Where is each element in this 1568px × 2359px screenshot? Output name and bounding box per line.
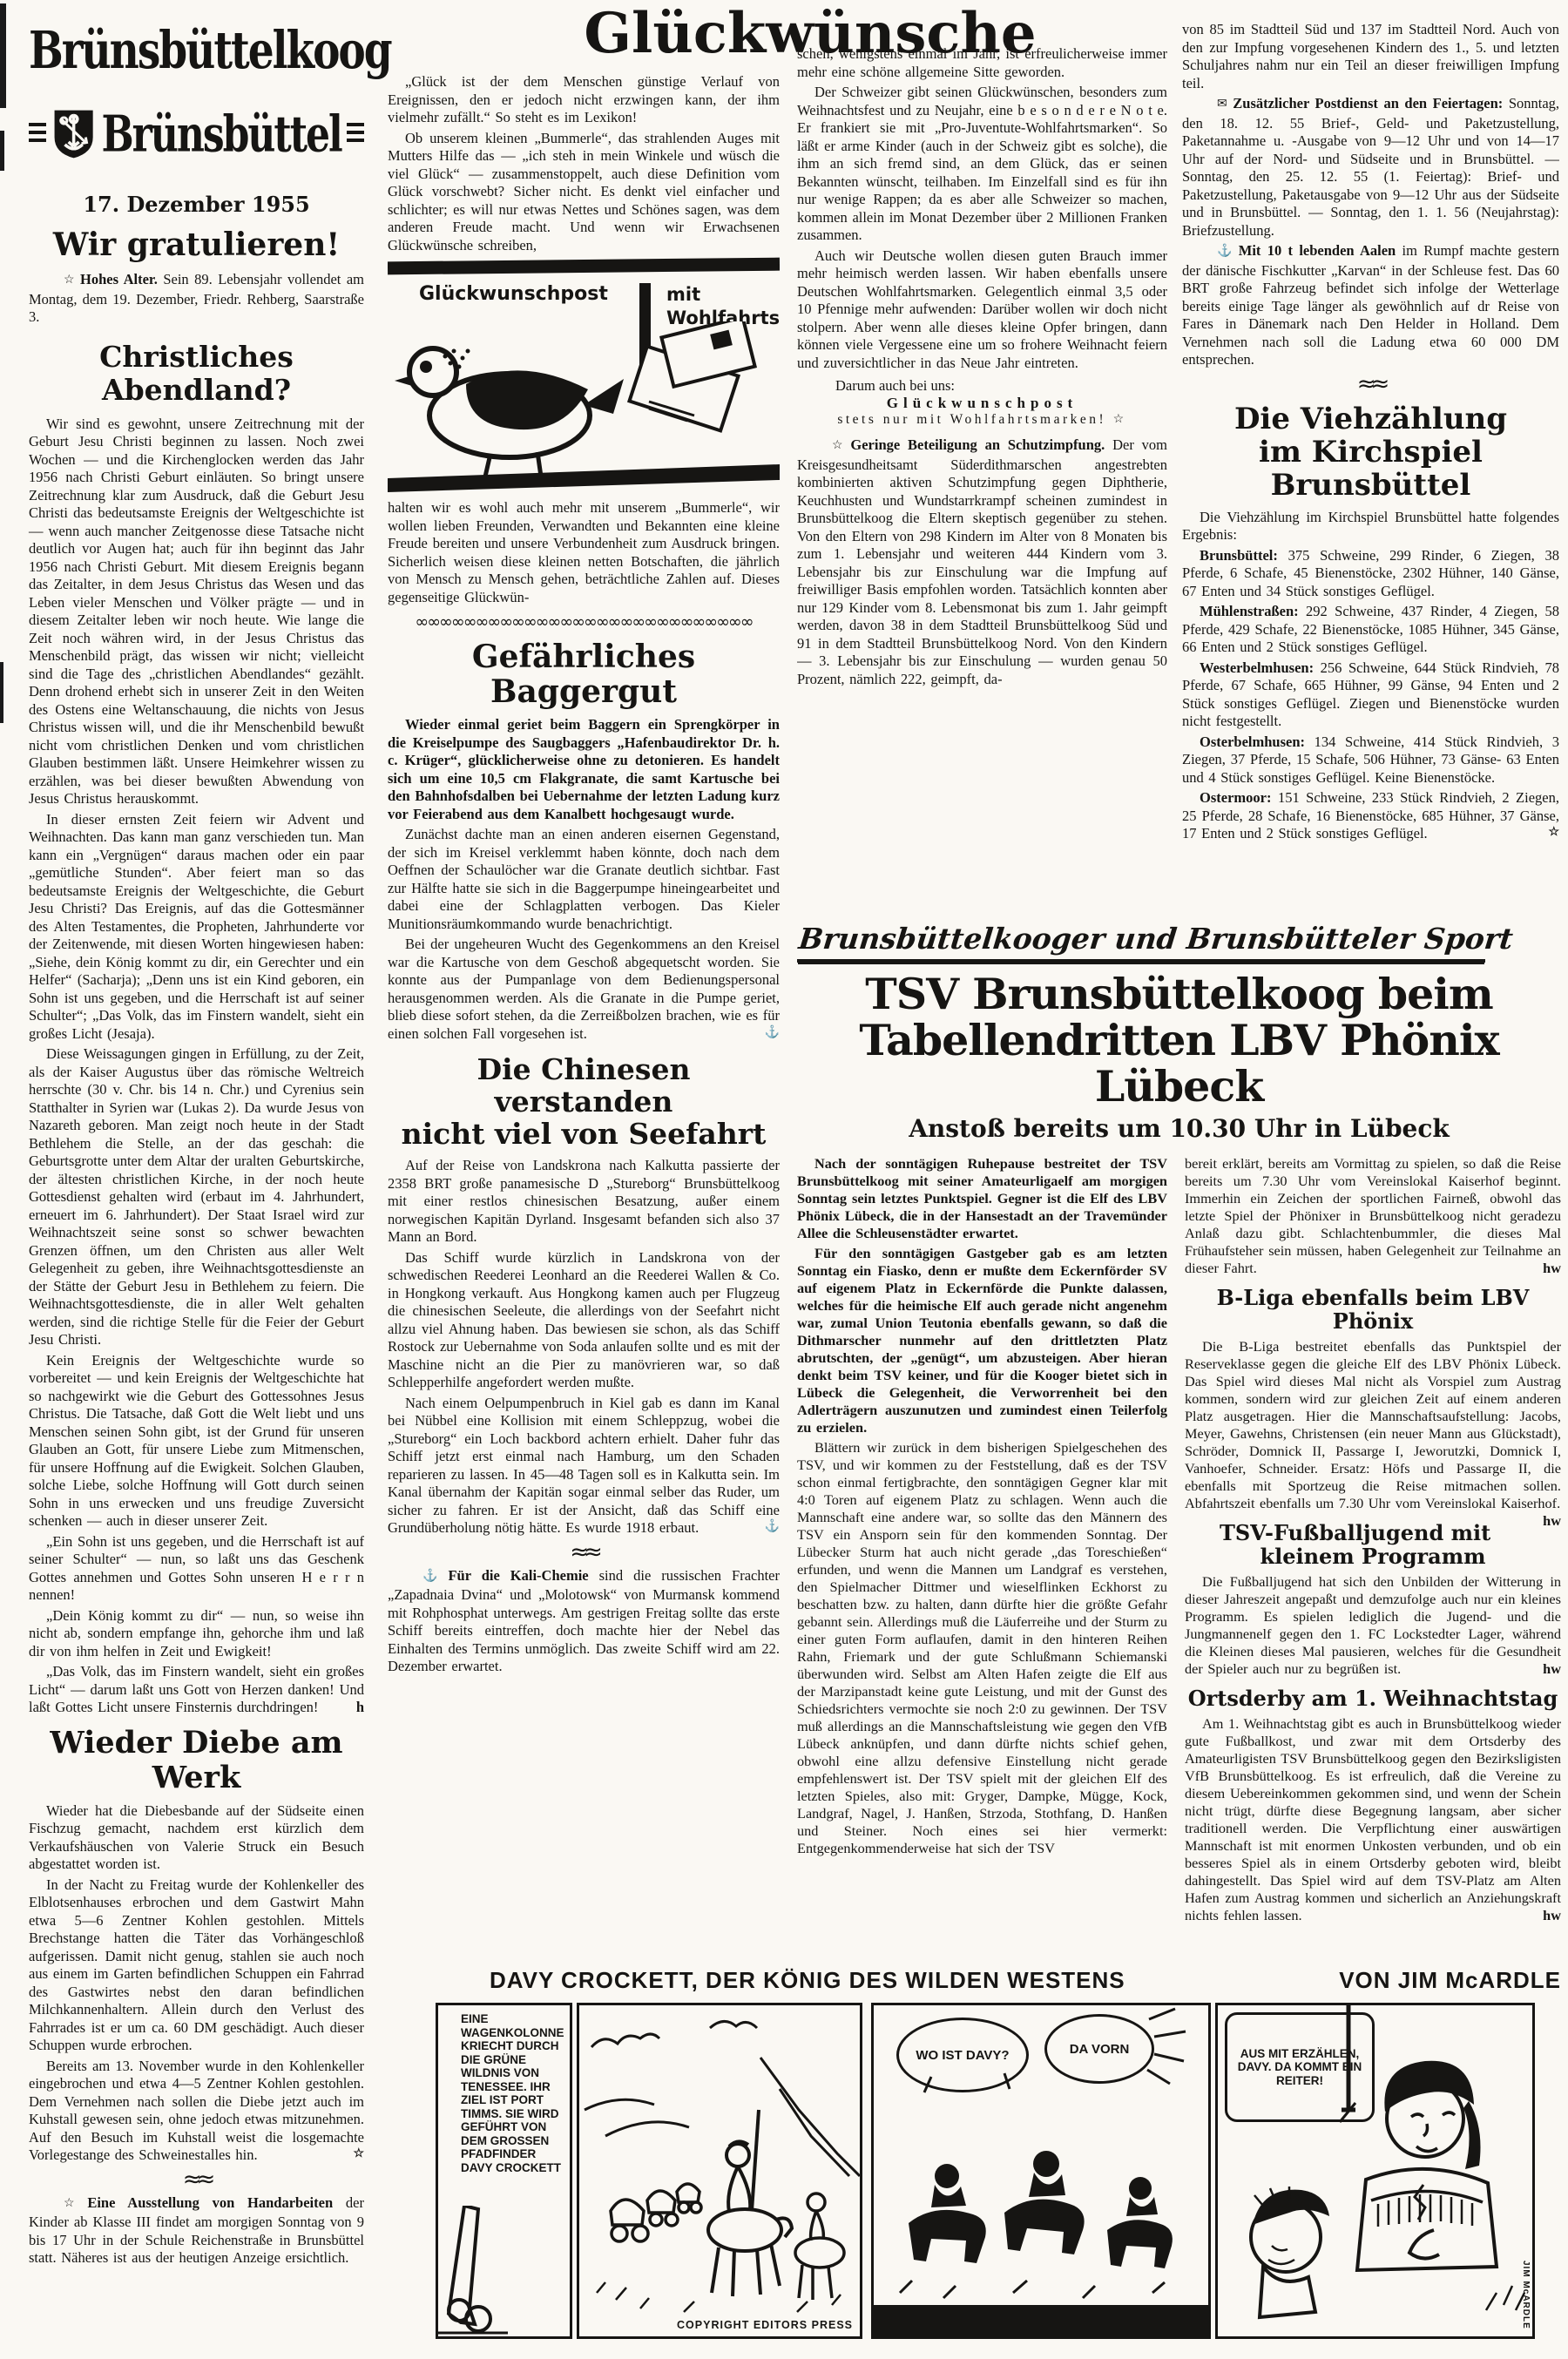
riders-art: [874, 2005, 1208, 2336]
article-paragraph: Bei der ungeheuren Wucht des Gegenkommen…: [388, 936, 780, 1043]
comic-panel-3: WO IST DAVY? DA VORN: [871, 2003, 1211, 2339]
column-2: „Glück ist der dem Menschen günstige Ver…: [388, 73, 780, 1955]
article-paragraph: Bereits am 13. November wurde in den Koh…: [29, 2058, 364, 2165]
headline-viehzaehlung: Die Viehzählung im Kirchspiel Brunsbütte…: [1182, 402, 1559, 502]
slogan-text: stets nur mit Wohlfahrtsmarken!: [837, 412, 1106, 427]
article-paragraph: Zunächst dachte man an einen anderen eis…: [388, 826, 780, 933]
comic-copyright: COPYRIGHT EDITORS PRESS: [677, 2319, 853, 2331]
article-paragraph: „Ein Sohn ist uns gegeben, und die Herrs…: [29, 1533, 364, 1605]
anchor-icon: ⚓: [1200, 243, 1232, 261]
sport-column-left: Nach der sonntägigen Ruhepause bestreite…: [797, 1155, 1167, 1927]
wave-separator: ≈≈: [1182, 373, 1559, 395]
comic-byline: VON JIM McARDLE: [1339, 1967, 1561, 1994]
sport-section-header: Brunsbüttelkooger und Brunsbütteler Spor…: [795, 922, 1524, 957]
star-icon: ☆: [46, 2195, 75, 2214]
article-paragraph: schen, wenigstens einmal im Jahr, ist er…: [797, 45, 1167, 81]
wave-separator: ≈≈: [388, 1541, 780, 1564]
scan-artifact: [0, 3, 6, 108]
rope-separator: ∞∞∞∞∞∞∞∞∞∞∞∞∞∞∞∞∞∞∞∞∞∞∞∞∞∞∞∞: [388, 613, 780, 631]
author-initials: hw: [1525, 1907, 1561, 1924]
article-paragraph: Das Schiff wurde kürzlich in Landskrona …: [388, 1249, 780, 1392]
article-paragraph: Wieder hat die Diebesbande auf der Südse…: [29, 1802, 364, 1874]
carrier-pigeon-icon: [388, 321, 780, 492]
census-entry: Ostermoor: 151 Schweine, 233 Stück Rindv…: [1182, 789, 1559, 843]
item-text: Sein 89. Lebensjahr vollendet am Montag,…: [29, 271, 364, 325]
news-item-aale: ⚓ Mit 10 t lebenden Aalen im Rumpf macht…: [1182, 242, 1559, 369]
masthead-title-line2: Brünsbüttel: [101, 105, 341, 163]
article-paragraph: Der Schweizer gibt seinen Glückwünschen,…: [797, 84, 1167, 245]
glueckwunschpost-illustration: Glückwunschpost mit Wohlfahrts- Marken: [388, 260, 780, 492]
article-paragraph: Kein Ereignis der Weltgeschichte wurde s…: [29, 1352, 364, 1531]
article-paragraph: „Dein König kommt zu dir“ — nun, so weis…: [29, 1607, 364, 1661]
paragraph-text: Am 1. Weihnachtstag gibt es auch in Brun…: [1185, 1715, 1561, 1923]
article-paragraph: Wir sind es gewohnt, unsere Zeitrechnung…: [29, 416, 364, 808]
illustration-label-left: Glückwunschpost: [388, 283, 624, 305]
dateline: 17. Dezember 1955: [29, 192, 364, 217]
comic-title: DAVY CROCKETT, DER KÖNIG DES WILDEN WEST…: [490, 1967, 1125, 1994]
paragraph-text: Die B-Liga bestreitet ebenfalls das Punk…: [1185, 1338, 1561, 1511]
masthead-crest-icon: [51, 91, 96, 178]
subhead-b-liga: B-Liga ebenfalls beim LBV Phönix: [1185, 1286, 1561, 1333]
news-item-hohes-alter: ☆ Hohes Alter. Sein 89. Lebensjahr volle…: [29, 271, 364, 327]
masthead: Brünsbüttelkoog Brünsbüttel 17. Dezember…: [29, 24, 364, 217]
headline-line: Die Chinesen verstanden: [477, 1052, 691, 1119]
paragraph-text: Bereits am 13. November wurde in den Koh…: [29, 2058, 364, 2164]
item-text: im Rumpf machte gestern der dänische Fis…: [1182, 242, 1559, 368]
census-entry: Westerbelmhusen: 256 Schweine, 644 Stück…: [1182, 659, 1559, 731]
headline-wir-gratulieren: Wir gratulieren!: [29, 227, 364, 262]
item-text: Der vom Kreisgesundheitsamt Süderdithmar…: [797, 436, 1167, 687]
headline-wieder-diebe: Wieder Diebe am Werk: [29, 1726, 364, 1795]
article-paragraph: „Das Volk, das im Finstern wandelt, sieh…: [29, 1663, 364, 1717]
comic-strip: DAVY CROCKETT, DER KÖNIG DES WILDEN WEST…: [383, 1967, 1561, 2349]
author-initials: hw: [1525, 1512, 1561, 1530]
sport-rule: [797, 959, 1485, 963]
star-icon: ☆: [814, 437, 843, 456]
comic-panel-2: COPYRIGHT EDITORS PRESS: [577, 2003, 862, 2339]
illustration-top-bar: [388, 258, 780, 275]
article-paragraph: von 85 im Stadtteil Süd und 137 im Stadt…: [1182, 21, 1559, 92]
rifle-icon: [438, 2206, 570, 2336]
article-paragraph: Ob unserem kleinen „Bummerle“, das strah…: [388, 130, 780, 255]
headline-christliches-abendland: Christliches Abendland?: [29, 341, 364, 407]
item-lead: Zusätzlicher Postdienst an den Feiertage…: [1233, 95, 1503, 112]
news-item-postdienst: ✉ Zusätzlicher Postdienst an den Feierta…: [1182, 95, 1559, 240]
item-lead: Eine Ausstellung von Handarbeiten: [87, 2194, 333, 2211]
headline-line: TSV Brunsbüttelkoog beim: [865, 969, 1492, 1019]
column-4: von 85 im Stadtteil Süd und 137 im Stadt…: [1182, 21, 1559, 918]
news-item-ausstellung: ☆ Eine Ausstellung von Handarbeiten der …: [29, 2194, 364, 2268]
comic-narration: Eine Wagenkolonne kriecht durch die grün…: [438, 2005, 570, 2174]
paragraph-text: Die Fußballjugend hat sich den Unbilden …: [1185, 1573, 1561, 1677]
author-initials: hw: [1543, 1260, 1561, 1277]
anchor-ornament-icon: ⚓: [747, 1518, 780, 1537]
flourish-icon: [29, 123, 46, 145]
star-icon: ☆: [1531, 824, 1559, 842]
item-lead: Hohes Alter.: [80, 271, 158, 287]
star-icon: ☆: [46, 272, 75, 290]
scan-artifact: [0, 131, 4, 171]
headline-line: Die Viehzählung: [1234, 402, 1507, 436]
article-paragraph: Die Viehzählung im Kirchspiel Brunsbütte…: [1182, 509, 1559, 544]
anchor-ornament-icon: ⚓: [747, 1024, 780, 1043]
headline-chinesen: Die Chinesen verstanden nicht viel von S…: [388, 1053, 780, 1150]
paragraph-text: bereit erklärt, bereits am Vormittag zu …: [1185, 1155, 1561, 1276]
place-name: Mühlenstraßen:: [1200, 603, 1299, 619]
sport-paragraph: Die B-Liga bestreitet ebenfalls das Punk…: [1185, 1338, 1561, 1512]
sport-paragraph: bereit erklärt, bereits am Vormittag zu …: [1185, 1155, 1561, 1277]
item-lead: Für die Kali-Chemie: [448, 1567, 588, 1584]
anchor-icon: ⚓: [405, 1568, 437, 1586]
slogan-line: stets nur mit Wohlfahrtsmarken! ☆: [797, 412, 1167, 428]
author-initial: h: [339, 1699, 364, 1717]
article-paragraph: Diese Weissagungen gingen in Erfüllung, …: [29, 1045, 364, 1349]
news-item-impfung: ☆ Geringe Beteiligung an Schutzimpfung. …: [797, 436, 1167, 688]
masthead-title-line1: Brünsbüttelkoog: [29, 24, 364, 79]
sport-paragraph: Die Fußballjugend hat sich den Unbilden …: [1185, 1573, 1561, 1678]
article-paragraph: „Glück ist der dem Menschen günstige Ver…: [388, 73, 780, 127]
label-line: mit: [666, 283, 780, 307]
headline-line: Tabellendritten LBV Phönix Lübeck: [859, 1015, 1498, 1112]
slogan-line: Darum auch bei uns:: [797, 377, 1167, 395]
column-3: schen, wenigstens einmal im Jahr, ist er…: [797, 45, 1167, 916]
census-entry: Osterbelmhusen: 134 Schweine, 414 Stück …: [1182, 733, 1559, 787]
article-paragraph: In dieser ernsten Zeit feiern wir Advent…: [29, 811, 364, 1044]
headline-line: nicht viel von Seefahrt: [402, 1117, 767, 1151]
place-name: Osterbelmhusen:: [1200, 733, 1305, 750]
flourish-icon: [347, 123, 364, 145]
paragraph-text: „Das Volk, das im Finstern wandelt, sieh…: [29, 1663, 364, 1715]
place-name: Ostermoor:: [1200, 789, 1271, 806]
scan-artifact: [0, 662, 3, 723]
item-lead: Geringe Beteiligung an Schutzimpfung.: [850, 436, 1105, 453]
newspaper-page: Brünsbüttelkoog Brünsbüttel 17. Dezember…: [0, 0, 1568, 2359]
wave-separator: ≈≈: [29, 2168, 364, 2191]
paragraph-text: Nach einem Oelpumpenbruch in Kiel gab es…: [388, 1395, 780, 1537]
comic-panel-1: Eine Wagenkolonne kriecht durch die grün…: [436, 2003, 572, 2339]
headline-baggergut: Gefährliches Baggergut: [388, 639, 780, 709]
artist-signature: JIM McARDLE: [1521, 2261, 1531, 2329]
davy-crockett-art: [1218, 2005, 1532, 2336]
census-entry: Mühlenstraßen: 292 Schweine, 437 Rinder,…: [1182, 603, 1559, 657]
sport-lead-paragraph: Nach der sonntägigen Ruhepause bestreite…: [797, 1155, 1167, 1242]
article-paragraph: Auf der Reise von Landskrona nach Kalkut…: [388, 1157, 780, 1247]
sport-paragraph: Blättern wir zurück in dem bisherigen Sp…: [797, 1439, 1167, 1857]
article-lead-paragraph: Wieder einmal geriet beim Baggern ein Sp…: [388, 716, 780, 823]
census-entry: Brunsbüttel: 375 Schweine, 299 Rinder, 6…: [1182, 547, 1559, 601]
comic-panel-4: AUS MIT ERZÄHLEN, DAVY. DA KOMMT EIN REI…: [1215, 2003, 1535, 2339]
article-paragraph: In der Nacht zu Freitag wurde der Kohlen…: [29, 1876, 364, 2055]
article-paragraph: Auch wir Deutsche wollen diesen guten Br…: [797, 247, 1167, 373]
column-1: Brünsbüttelkoog Brünsbüttel 17. Dezember…: [29, 12, 364, 2270]
paragraph-text: Bei der ungeheuren Wucht des Gegenkommen…: [388, 936, 780, 1042]
postal-horn-icon: ✉: [1200, 96, 1227, 114]
star-icon: ☆: [1113, 412, 1127, 427]
sport-column-right: bereit erklärt, bereits am Vormittag zu …: [1185, 1155, 1561, 1927]
sport-paragraph: Am 1. Weihnachtstag gibt es auch in Brun…: [1185, 1715, 1561, 1924]
slogan-block: Darum auch bei uns: Glückwunschpost stet…: [797, 377, 1167, 428]
star-icon: ☆: [335, 2146, 364, 2164]
slogan-line: Glückwunschpost: [797, 395, 1167, 412]
place-name: Westerbelmhusen:: [1200, 659, 1314, 676]
subhead-fussballjugend: TSV-Fußballjugend mit kleinem Programm: [1185, 1521, 1561, 1568]
place-name: Brunsbüttel:: [1200, 547, 1278, 564]
item-lead: Mit 10 t lebenden Aalen: [1239, 242, 1396, 259]
wagon-train-art: [579, 2005, 860, 2336]
headline-tsv-phoenix: TSV Brunsbüttelkoog beim Tabellendritten…: [797, 971, 1561, 1110]
author-initials: hw: [1525, 1660, 1561, 1678]
article-paragraph: halten wir es wohl auch mehr mit unserem…: [388, 499, 780, 606]
headline-line: im Kirchspiel Brunsbüttel: [1259, 435, 1483, 503]
news-item-kali-chemie: ⚓ Für die Kali-Chemie sind die russische…: [388, 1567, 780, 1676]
sport-lead-paragraph: Für den sonntägigen Gastgeber gab es am …: [797, 1245, 1167, 1436]
sport-section: Brunsbüttelkooger und Brunsbütteler Spor…: [797, 922, 1561, 1927]
subhead-ortsderby: Ortsderby am 1. Weihnachtstag: [1185, 1686, 1561, 1710]
item-text: Sonntag, den 18. 12. 55 Brief-, Geld- un…: [1182, 95, 1559, 239]
subhead-anstoss: Anstoß bereits um 10.30 Uhr in Lübeck: [797, 1115, 1561, 1143]
article-paragraph: Nach einem Oelpumpenbruch in Kiel gab es…: [388, 1395, 780, 1538]
